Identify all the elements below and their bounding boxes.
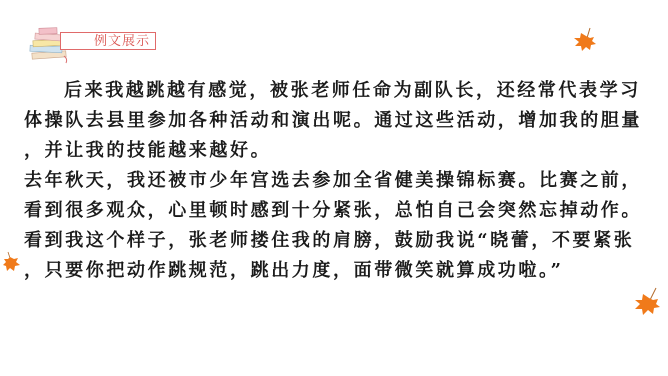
passage-line: 看到很多观众，心里顿时感到十分紧张，总怕自己会突然忘掉动作。 [24, 196, 654, 226]
passage-line: ，只要你把动作跳规范，跳出力度，面带微笑就算成功啦。” [24, 256, 654, 286]
passage-line: 去年秋天，我还被市少年宫选去参加全省健美操锦标赛。比赛之前， [24, 166, 654, 196]
passage-line: 后来我越跳越有感觉，被张老师任命为副队长，还经常代表学习 [24, 76, 654, 106]
passage-line: 看到我这个样子，张老师搂住我的肩膀，鼓励我说“晓蕾，不要紧张 [24, 226, 654, 256]
maple-leaf-icon [2, 250, 22, 274]
example-passage: 后来我越跳越有感觉，被张老师任命为副队长，还经常代表学习 体操队去县里参加各种活… [24, 76, 654, 286]
passage-line: ，并让我的技能越来越好。 [24, 136, 654, 166]
section-label: 例文展示 [22, 20, 172, 65]
maple-leaf-icon [572, 26, 598, 56]
section-label-text: 例文展示 [94, 35, 150, 48]
section-label-box: 例文展示 [60, 32, 156, 50]
slide: 例文展示 后来我越跳越有感觉，被张老师任命为副队长，还经常代表学习 体操队去县里… [0, 0, 668, 376]
maple-leaf-icon [632, 286, 662, 320]
passage-line: 体操队去县里参加各种活动和演出呢。通过这些活动，增加我的胆量 [24, 106, 654, 136]
